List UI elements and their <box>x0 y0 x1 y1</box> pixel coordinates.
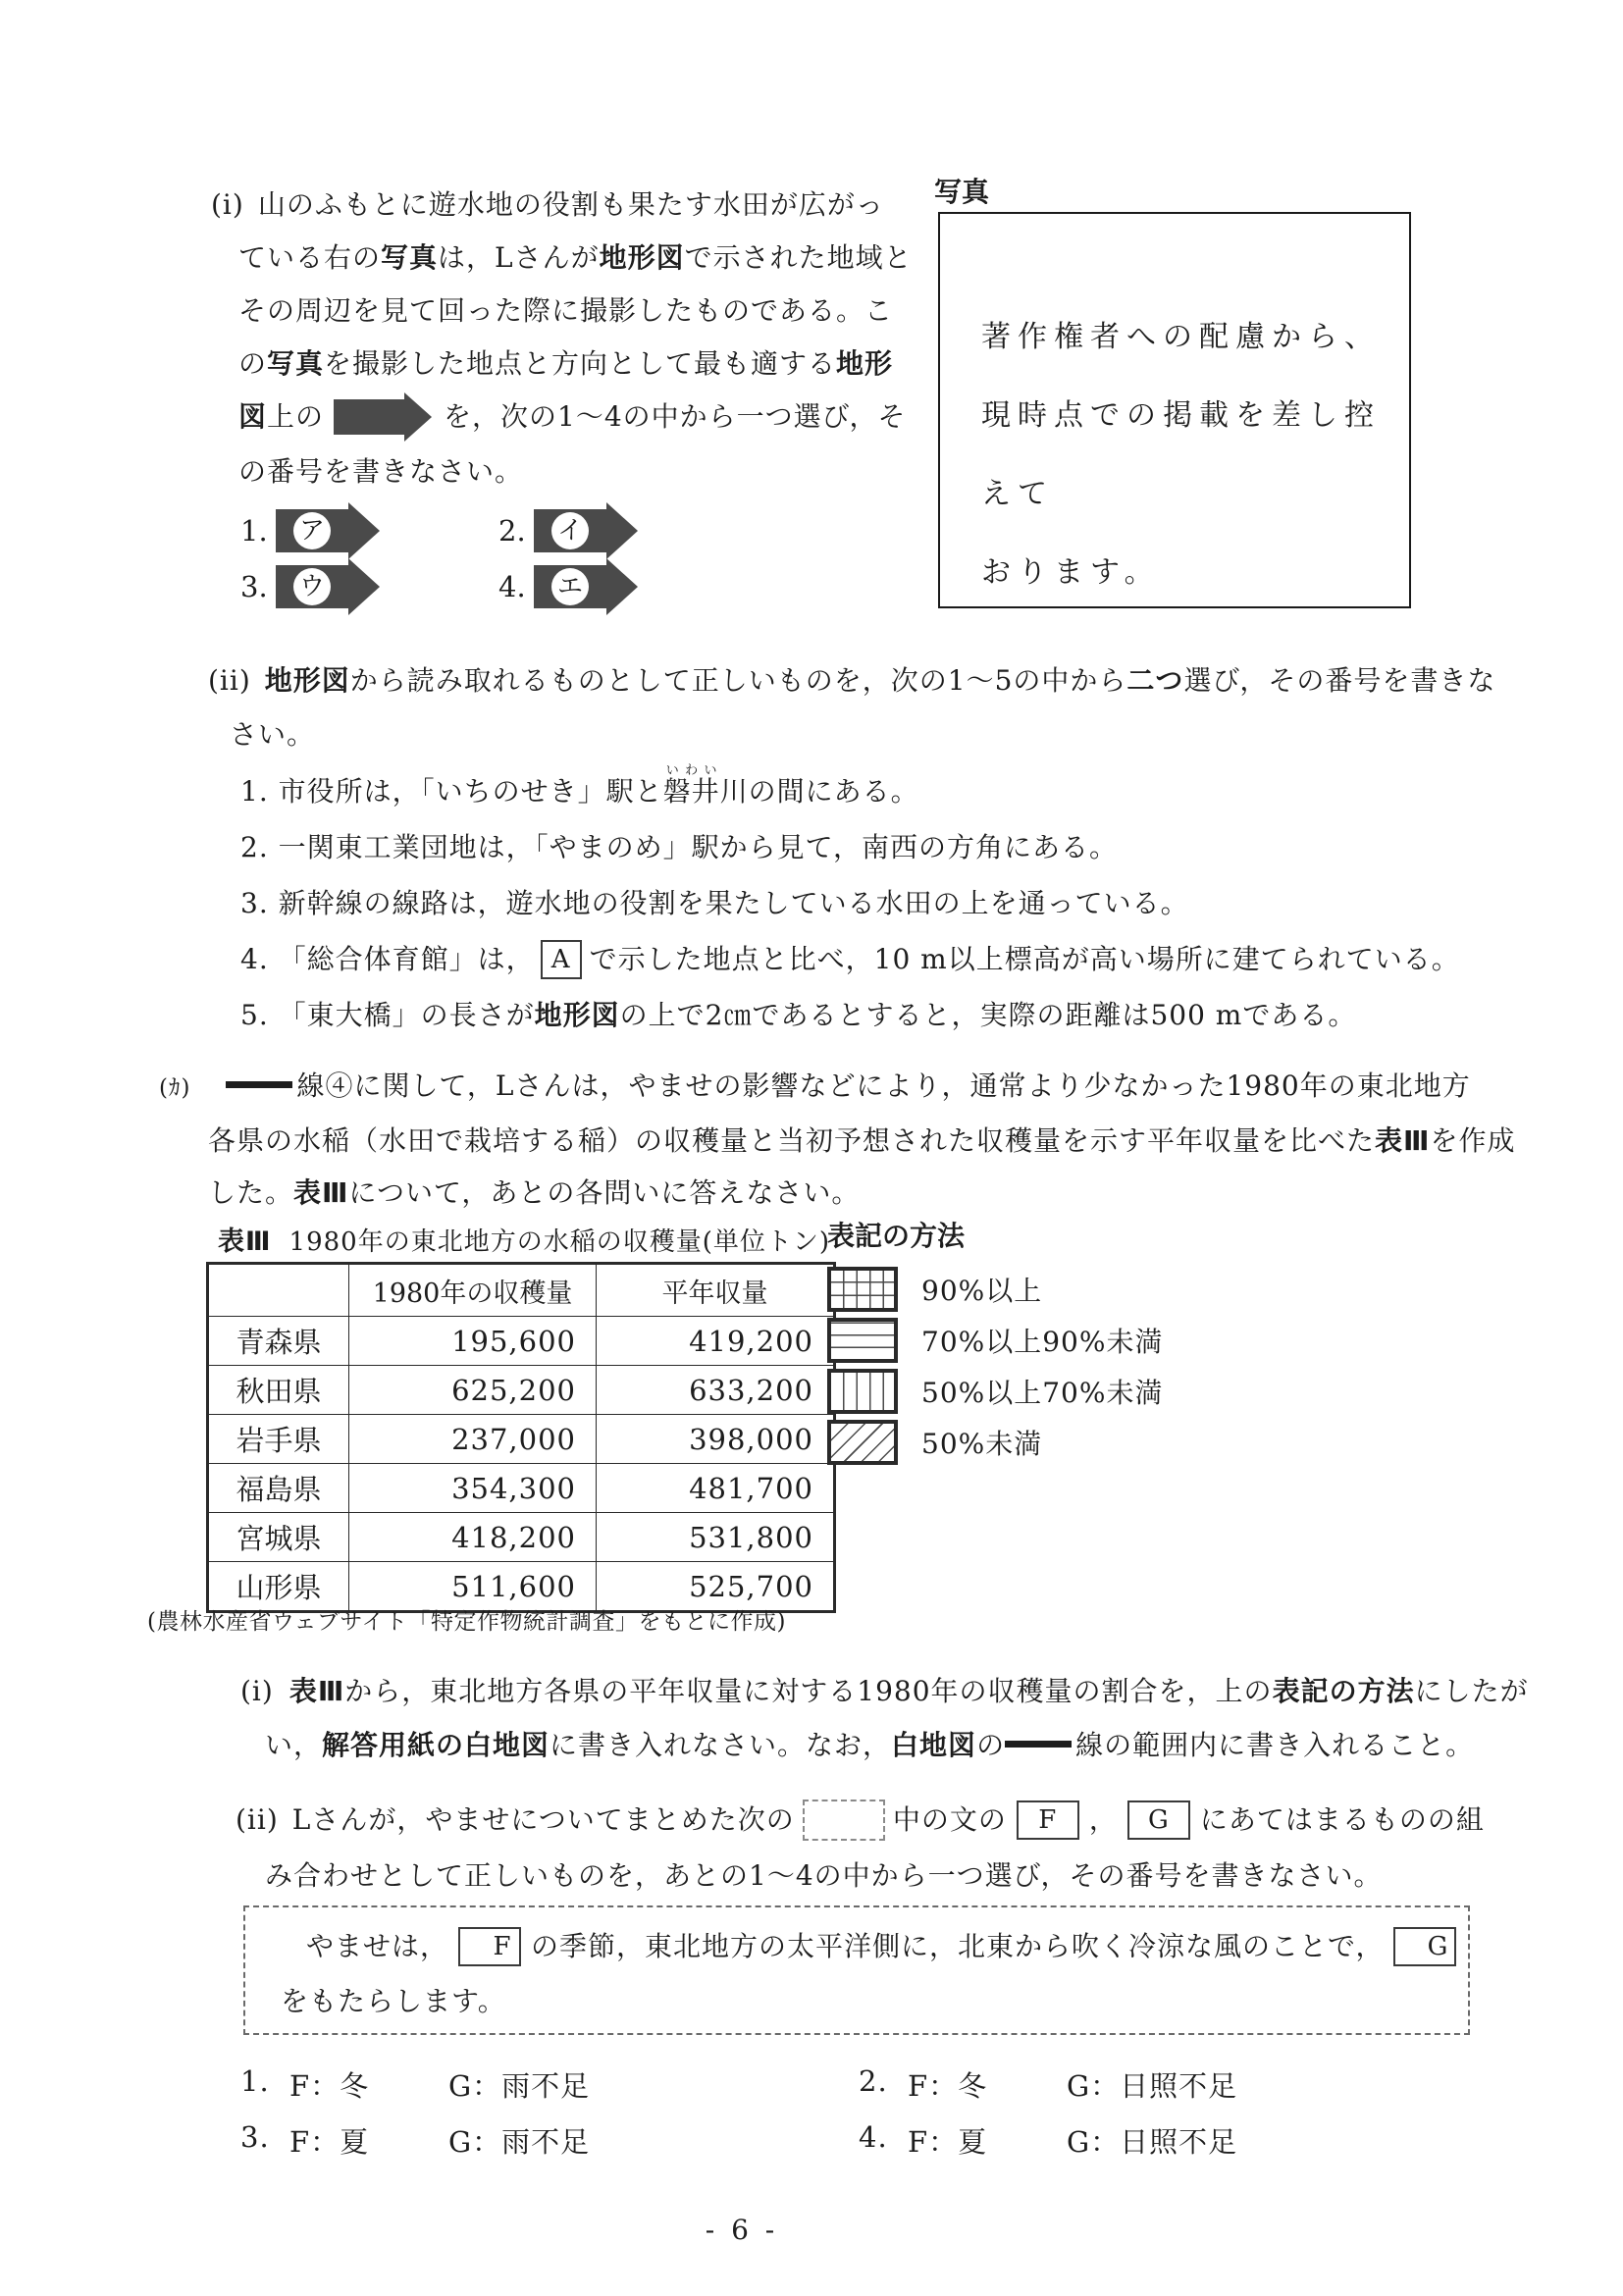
normal-cell: 633,200 <box>597 1366 835 1415</box>
y1980-cell: 354,300 <box>349 1464 597 1513</box>
diagonal-lines-swatch <box>827 1420 898 1465</box>
y1980-cell: 418,200 <box>349 1513 597 1562</box>
boxed-letter-F: F <box>458 1927 521 1966</box>
sub-question-i-line: (i)表Ⅲから，東北地方各県の平年収量に対する1980年の収穫量の割合を，上の表… <box>240 1664 1516 1718</box>
normal-cell: 531,800 <box>597 1513 835 1562</box>
choice-3: 3. F：夏 G：雨不足 <box>240 2120 859 2161</box>
question-ii-items: 1. 市役所は，「いちのせき」駅と磐井いわい川の間にある。 2. 一関東工業団地… <box>240 763 1460 1043</box>
arrow-option-2: 2. イ <box>498 502 757 558</box>
direction-arrow-icon: ウ <box>276 558 380 615</box>
furigana-text: 磐井いわい <box>663 775 720 808</box>
arrow-options: 1. ア 2. イ 3. ウ 4. エ <box>240 502 757 614</box>
question-i-text: 山のふもとに遊水地の役割も果たす水田が広がっ <box>258 188 884 221</box>
choice-4: 4. F：夏 G：日照不足 <box>859 2120 1477 2161</box>
arrow-options-row: 3. ウ 4. エ <box>240 558 757 614</box>
pref-cell: 宮城県 <box>208 1513 349 1562</box>
choices-row: 3. F：夏 G：雨不足 4. F：夏 G：日照不足 <box>240 2113 1516 2168</box>
choice-1: 1. F：冬 G：雨不足 <box>240 2064 859 2105</box>
question-ka-line: した。表Ⅲについて，あとの各問いに答えなさい。 <box>159 1167 1552 1219</box>
legend-title: 表記の方法 <box>827 1215 1163 1254</box>
pref-cell: 秋田県 <box>208 1366 349 1415</box>
question-i-line: 図上のを，次の1～4の中から一つ選び，そ <box>211 391 917 445</box>
header-normal: 平年収量 <box>597 1264 835 1317</box>
y1980-cell: 625,200 <box>349 1366 597 1415</box>
question-i-label: (i) <box>211 188 244 221</box>
kana-label: ア <box>293 512 331 549</box>
direction-arrow-icon: エ <box>534 558 638 615</box>
table-row: 秋田県 625,200 633,200 <box>208 1366 835 1415</box>
boxed-letter-G: G <box>1393 1927 1456 1966</box>
pref-cell: 青森県 <box>208 1317 349 1366</box>
summary-line: やませは，Fの季節，東北地方の太平洋側に，北東から吹く冷涼な風のことで，G <box>281 1919 1444 1974</box>
direction-arrow-icon: ア <box>276 502 380 559</box>
rice-harvest-table: 1980年の収穫量 平年収量 青森県 195,600 419,200 秋田県 6… <box>206 1262 836 1613</box>
table-row: 福島県 354,300 481,700 <box>208 1464 835 1513</box>
photo-placeholder-box: 著作権者への配慮から、 現時点での掲載を差し控えて おります。 <box>938 212 1411 608</box>
summary-line: をもたらします。 <box>281 1974 1444 2029</box>
boxed-letter-F: F <box>1017 1800 1079 1840</box>
page-number: - 6 - <box>0 2214 1484 2246</box>
y1980-cell: 237,000 <box>349 1415 597 1464</box>
arrow-options-row: 1. ア 2. イ <box>240 502 757 558</box>
arrow-option-1: 1. ア <box>240 502 498 558</box>
sub-question-ii-line: (ii)Lさんが，やませについてまとめた次の中の文のF，Gにあてはまるものの組 <box>236 1792 1521 1848</box>
option-number: 3. <box>240 570 276 603</box>
table-header-row: 1980年の収穫量 平年収量 <box>208 1264 835 1317</box>
table-row: 宮城県 418,200 531,800 <box>208 1513 835 1562</box>
question-ii-intro-cont: さい。 <box>208 707 1513 761</box>
kana-label: ウ <box>293 568 331 605</box>
arrow-option-3: 3. ウ <box>240 558 498 614</box>
boxed-letter-G: G <box>1127 1800 1190 1840</box>
vertical-lines-swatch <box>827 1369 898 1414</box>
question-ii-block: (ii)地形図から読み取れるものとして正しいものを，次の1～5の中から二つ選び，… <box>208 653 1513 761</box>
table3-title: 表Ⅲ1980年の東北地方の水稲の収穫量(単位トン) <box>218 1220 830 1258</box>
question-i-line: (i)山のふもとに遊水地の役割も果たす水田が広がっ <box>211 179 917 232</box>
question-ka-line: (ｶ)線④に関して，Lさんは，やませの影響などにより，通常より少なかった1980… <box>159 1060 1552 1115</box>
blank-dashed-box <box>803 1800 885 1841</box>
kana-label: イ <box>551 512 589 549</box>
photo-panel-label: 写真 <box>934 171 989 210</box>
statement-5: 5. 「東大橋」の長さが地形図の上で2㎝であるとすると，実際の距離は500 mで… <box>240 987 1460 1043</box>
pref-cell: 岩手県 <box>208 1415 349 1464</box>
grid-pattern-swatch <box>827 1267 898 1312</box>
statement-3: 3. 新幹線の線路は，遊水地の役割を果たしている水田の上を通っている。 <box>240 875 1460 931</box>
question-ka-block: (ｶ)線④に関して，Lさんは，やませの影響などにより，通常より少なかった1980… <box>159 1060 1552 1219</box>
boxed-letter-A: A <box>541 940 582 979</box>
sub-question-ii-label: (ii) <box>236 1803 279 1836</box>
y1980-cell: 195,600 <box>349 1317 597 1366</box>
statement-2: 2. 一関東工業団地は，「やまのめ」駅から見て，南西の方角にある。 <box>240 819 1460 875</box>
choices-row: 1. F：冬 G：雨不足 2. F：冬 G：日照不足 <box>240 2057 1516 2113</box>
choice-2: 2. F：冬 G：日照不足 <box>859 2064 1477 2105</box>
horizontal-lines-swatch <box>827 1318 898 1363</box>
legend-item: 70%以上90%未満 <box>827 1317 1163 1363</box>
header-1980: 1980年の収穫量 <box>349 1264 597 1317</box>
question-i-line: の写真を撮影した地点と方向として最も適する地形 <box>211 338 917 391</box>
question-i-block: (i)山のふもとに遊水地の役割も果たす水田が広がっ ている右の写真は，Lさんが地… <box>211 179 917 498</box>
notation-legend: 表記の方法 90%以上 70%以上90%未満 50%以上70%未満 50%未満 <box>827 1215 1163 1470</box>
table3-title-text: 1980年の東北地方の水稲の収穫量(単位トン) <box>289 1227 830 1257</box>
normal-cell: 481,700 <box>597 1464 835 1513</box>
legend-item: 90%以上 <box>827 1266 1163 1312</box>
sub-question-i-block: (i)表Ⅲから，東北地方各県の平年収量に対する1980年の収穫量の割合を，上の表… <box>240 1664 1516 1772</box>
option-number: 4. <box>498 570 534 603</box>
sub-question-ii-block: (ii)Lさんが，やませについてまとめた次の中の文のF，Gにあてはまるものの組 … <box>236 1792 1521 1904</box>
question-ii-intro: (ii)地形図から読み取れるものとして正しいものを，次の1～5の中から二つ選び，… <box>208 653 1513 707</box>
yamase-summary-box: やませは，Fの季節，東北地方の太平洋側に，北東から吹く冷涼な風のことで，G をも… <box>243 1905 1470 2035</box>
normal-cell: 419,200 <box>597 1317 835 1366</box>
arrow-option-4: 4. エ <box>498 558 757 614</box>
legend-item: 50%以上70%未満 <box>827 1368 1163 1414</box>
question-ka-label: (ｶ) <box>159 1075 190 1101</box>
table3-label: 表Ⅲ <box>218 1226 272 1257</box>
table-row: 岩手県 237,000 398,000 <box>208 1415 835 1464</box>
question-i-line: その周辺を見て回った際に撮影したものである。こ <box>211 285 917 338</box>
statement-1: 1. 市役所は，「いちのせき」駅と磐井いわい川の間にある。 <box>240 763 1460 819</box>
table-row: 青森県 195,600 419,200 <box>208 1317 835 1366</box>
table-source-note: (農林水産省ウェブサイト「特定作物統計調査」をもとに作成) <box>147 1603 786 1636</box>
kana-label: エ <box>551 568 589 605</box>
question-ii-label: (ii) <box>208 664 251 697</box>
exam-page: (i)山のふもとに遊水地の役割も果たす水田が広がっ ている右の写真は，Lさんが地… <box>0 0 1623 2296</box>
question-i-line: の番号を書きなさい。 <box>211 445 917 498</box>
header-pref <box>208 1264 349 1317</box>
statement-4: 4. 「総合体育館」は，Aで示した地点と比べ，10 m以上標高が高い場所に建てら… <box>240 931 1460 987</box>
normal-cell: 398,000 <box>597 1415 835 1464</box>
reference-line-mark <box>226 1081 292 1088</box>
option-number: 2. <box>498 514 534 548</box>
direction-arrow-icon <box>334 392 432 442</box>
sub-question-ii-line: み合わせとして正しいものを，あとの1～4の中から一つ選び，その番号を書きなさい。 <box>236 1848 1521 1904</box>
sub-question-i-line: い，解答用紙の白地図に書き入れなさい。なお，白地図の線の範囲内に書き入れること。 <box>240 1718 1516 1772</box>
direction-arrow-icon: イ <box>534 502 638 559</box>
reference-line-mark <box>1005 1741 1072 1748</box>
option-number: 1. <box>240 514 276 548</box>
legend-item: 50%未満 <box>827 1419 1163 1465</box>
sub-question-i-label: (i) <box>240 1675 274 1707</box>
pref-cell: 福島県 <box>208 1464 349 1513</box>
answer-choices: 1. F：冬 G：雨不足 2. F：冬 G：日照不足 3. F：夏 G：雨不足 … <box>240 2057 1516 2168</box>
copyright-notice: 著作権者への配慮から、 現時点での掲載を差し控えて おります。 <box>940 214 1409 612</box>
question-i-line: ている右の写真は，Lさんが地形図で示された地域と <box>211 232 917 285</box>
question-ka-line: 各県の水稲（水田で栽培する稲）の収穫量と当初予想された収穫量を示す平年収量を比べ… <box>159 1115 1552 1167</box>
